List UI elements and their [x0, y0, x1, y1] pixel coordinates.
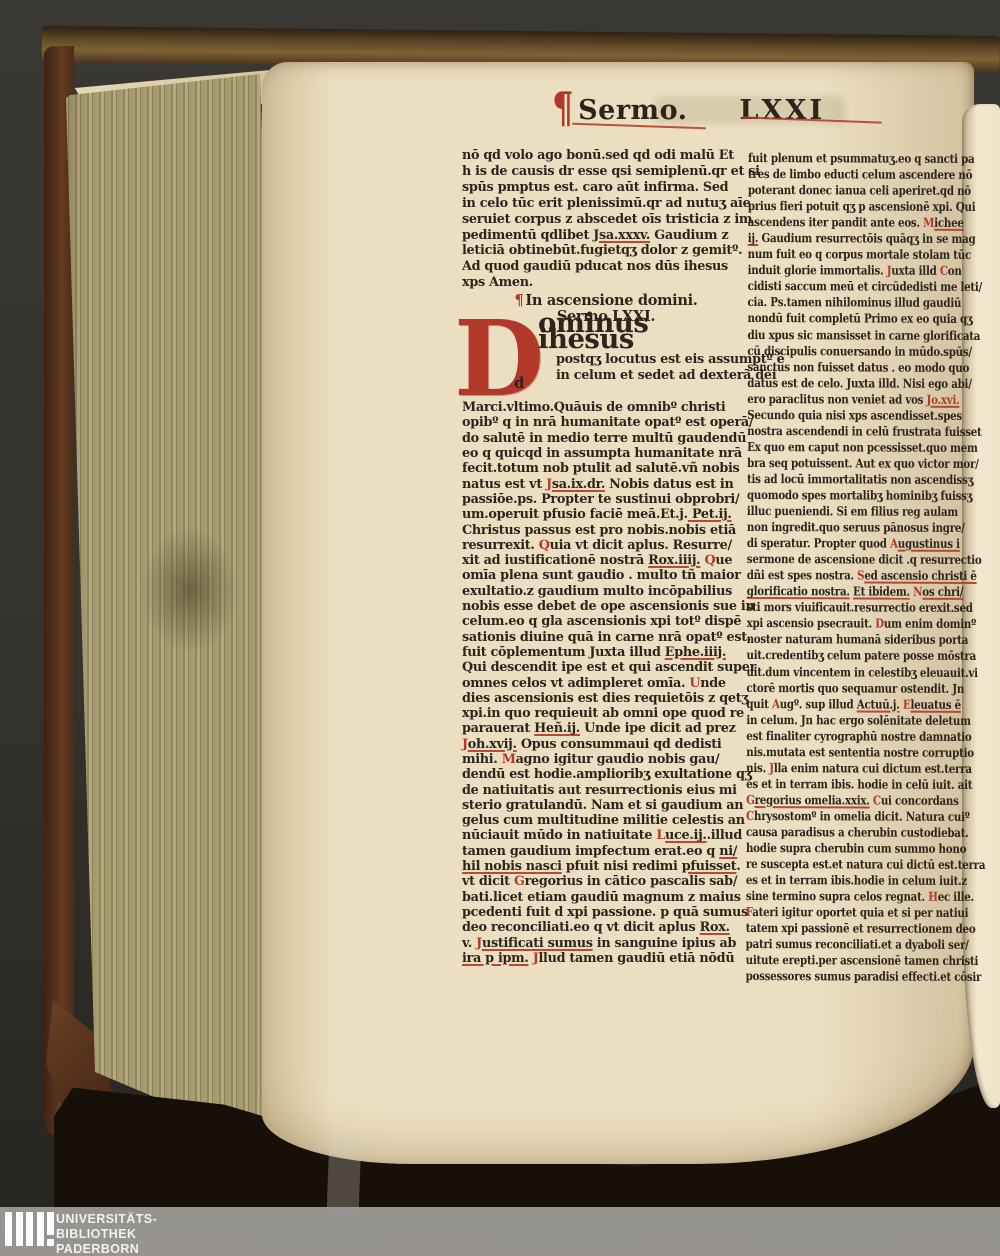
- left-text-column: nō qd volo ago bonū.sed qd odi malū Eth …: [462, 148, 750, 966]
- text-line: patri sumus reconciliati.et a dyaboli se…: [746, 936, 965, 953]
- text-line: dies ascensionis est dies requietōis z q…: [462, 691, 750, 706]
- text-line: tatem xpi passionē et resurrectionem deo: [746, 920, 965, 937]
- text-line: bati.licet etiam gaudiū magnum z maius: [462, 890, 750, 905]
- text-line: spūs pmptus est. caro aūt infirma. Sed: [462, 180, 750, 196]
- text-line: seruiet corpus z abscedet oīs tristicia …: [462, 212, 750, 228]
- page-content: ¶ Sermo. LXXI nō qd volo ago bonū.sed qd…: [0, 0, 1000, 1256]
- text-line: in celum. Jn hac ergo solēnitate deletum: [746, 712, 965, 729]
- text-line: nostra ascendendi in celū frustrata fuis…: [747, 423, 966, 440]
- text-line: diu xpus sic mansisset in carne glorific…: [747, 327, 966, 344]
- text-line: tamen gaudium impfectum erat.eo q ni/: [462, 844, 750, 859]
- text-line: resurrexit. Quia vt dicit aplus. Resurre…: [462, 538, 750, 553]
- photo-of-incunabulum: ¶ Sermo. LXXI nō qd volo ago bonū.sed qd…: [0, 0, 1000, 1256]
- text-line: xit ad iustificationē nostrā Rox.iiij. Q…: [462, 553, 750, 568]
- text-line: datus est de celo. Juxta illd. Nisi ego …: [747, 375, 966, 392]
- text-line: Ad quod gaudiū pducat nos dūs ihesus: [462, 259, 750, 275]
- text-line: Ex quo em caput non pcessisset.quo mem: [747, 439, 966, 456]
- text-line: h is de causis dr esse qsi semiplenū.qr …: [462, 164, 750, 180]
- text-line: celum.eo q gla ascensionis xpi totº disp…: [462, 614, 750, 629]
- text-line: bra seq potuissent. Aut ex quo victor mo…: [747, 455, 966, 472]
- text-line: ascendens iter pandit ante eos. Michee: [748, 214, 967, 231]
- text-line: eo q quicqd in assumpta humanitate nrā: [462, 446, 750, 461]
- running-title-word: Sermo.: [578, 95, 687, 126]
- incipit-large-text: ominus ihesus: [538, 316, 750, 348]
- paderborn-logo-bars-icon: [5, 1212, 54, 1250]
- library-name-line2: BIBLIOTHEK: [56, 1227, 157, 1242]
- text-line: hodie supra cherubin cum summo hono: [746, 840, 965, 857]
- text-line: sationis diuine quā in carne nrā opatº e…: [462, 630, 750, 645]
- text-line: fuit plenum et psummatuʒ.eo q sancti pa: [748, 150, 967, 167]
- logo-exclamation-icon: [47, 1212, 54, 1246]
- text-line: nis. Jlla enim natura cui dictum est.ter…: [746, 760, 965, 777]
- text-line: Christus passus est pro nobis.nobis etiā: [462, 523, 750, 538]
- library-name: UNIVERSITÄTS- BIBLIOTHEK PADERBORN: [56, 1212, 157, 1256]
- sermon-numeral: LXXI: [740, 95, 826, 126]
- text-line: glorificatio nostra. Et ibidem. Nos chri…: [747, 583, 966, 600]
- text-line: uitute erepti.per ascensionē tamen chris…: [746, 952, 965, 969]
- text-line: v. Justificati sumus in sanguine ipius a…: [462, 936, 750, 951]
- text-line: tis ad locū immortalitatis non ascendiss…: [747, 471, 966, 488]
- text-line: nis.mutata est sententia nostre corrupti…: [746, 744, 965, 761]
- text-line: sermone de ascensione dicit .q resurrect…: [747, 551, 966, 568]
- text-line: nō qd volo ago bonū.sed qd odi malū Et: [462, 148, 750, 164]
- running-title: ¶ Sermo. LXXI: [552, 88, 825, 128]
- text-line: omnes celos vt adimpleret omīa. Unde: [462, 676, 750, 691]
- text-line: uit.dum vincentem in celestibʒ eleuauit.…: [746, 663, 965, 680]
- logo-bar: [26, 1212, 33, 1246]
- left-column-body: Marci.vltimo.Quāuis de omnibº christiopi…: [462, 400, 750, 966]
- text-line: Secundo quia nisi xps ascendisset.spes: [747, 407, 966, 424]
- text-line: natus est vt Jsa.ix.dr. Nobis datus est …: [462, 477, 750, 492]
- text-line: non ingredit.quo seruus pānosus ingre/: [747, 519, 966, 536]
- library-name-line1: UNIVERSITÄTS-: [56, 1212, 157, 1227]
- text-line: dendū est hodie.amplioribʒ exultatione q…: [462, 767, 750, 782]
- rubric-pilcrow-icon: ¶: [552, 83, 574, 133]
- guide-letter: d: [514, 376, 524, 392]
- text-line: di speratur. Propter quod Augustinus i: [747, 535, 966, 552]
- text-line: sine termino supra celos regnat. Hec ill…: [746, 888, 965, 905]
- text-line: passiōe.ps. Propter te sustinui obprobri…: [462, 492, 750, 507]
- text-line: cū discipulis conuersando in mūdo.spūs/: [747, 343, 966, 360]
- text-line: pedimentū qdlibet Jsa.xxxv. Gaudium z: [462, 228, 750, 244]
- text-line: mihi. Magno igitur gaudio nobis gau/: [462, 752, 750, 767]
- text-line: vt dicit Gregorius in cātico pascalis sa…: [462, 874, 750, 889]
- rubricated-initial: D: [454, 322, 544, 397]
- opening-initial-block: D d ominus ihesus postqʒ locutus est eis…: [462, 326, 750, 398]
- text-line: quomodo spes mortalibʒ hominibʒ fuissʒ: [747, 487, 966, 504]
- text-line: in celum et sedet ad dexterā dei: [556, 368, 776, 384]
- text-line: in celo tūc erit plenissimū.qr ad nutuʒ …: [462, 196, 750, 212]
- text-line: num fuit eo q corpus mortale stolam tūc: [748, 246, 967, 263]
- right-text-column: fuit plenum et psummatuʒ.eo q sancti pat…: [746, 150, 967, 985]
- text-line: de natiuitatis aut resurrectionis eius m…: [462, 783, 750, 798]
- text-line: ero paraclitus non veniet ad vos Jo.xvi.: [747, 391, 966, 408]
- text-line: fuit cōplementum Juxta illud Ephe.iiij.: [462, 645, 750, 660]
- logo-bar: [37, 1212, 44, 1246]
- text-line: ira p ipm. Jllud tamen gaudiū etiā nōdū: [462, 951, 750, 966]
- text-line: omīa plena sunt gaudio . multo tñ maior: [462, 568, 750, 583]
- text-line: sanctus non fuisset datus . eo modo quo: [747, 359, 966, 376]
- text-line: tres de limbo educti celum ascendere nō: [748, 166, 967, 183]
- text-line: sti mors viuificauit.resurrectio erexit.…: [747, 599, 966, 616]
- text-line: uit.credentibʒ celum patere posse mōstra: [747, 647, 966, 664]
- text-line: es et in terram ibis. hodie in celū iuit…: [746, 776, 965, 793]
- text-line: parauerat Heñ.ij. Unde ipe dicit ad prez: [462, 721, 750, 736]
- text-line: sterio gratulandū. Nam et si gaudium an: [462, 798, 750, 813]
- text-line: ctorē mortis quo sequamur ostendit. Jn: [746, 680, 965, 697]
- text-line: Joh.xvij. Opus consummaui qd dedisti: [462, 737, 750, 752]
- text-line: Qui descendit ipe est et qui ascendit su…: [462, 660, 750, 675]
- logo-bar-short: [47, 1212, 54, 1235]
- text-line: exultatio.z gaudium multo incōpabilius: [462, 584, 750, 599]
- left-column-intro: nō qd volo ago bonū.sed qd odi malū Eth …: [462, 148, 750, 291]
- text-line: re suscepta est.et natura cui dictū est.…: [746, 856, 965, 873]
- text-line: ij. Gaudium resurrectōis quāqʒ in se mag: [748, 230, 967, 247]
- text-line: xpi ascensio psecrauit. Dum enim dominº: [747, 615, 966, 632]
- library-name-line3: PADERBORN: [56, 1242, 157, 1256]
- text-line: illuc pueniendi. Si em filius reg aulam: [747, 503, 966, 520]
- text-line: um.operuit pfusio faciē meā.Et.j. Pet.ij…: [462, 507, 750, 522]
- text-line: nūciauit mūdo in natiuitate Luce.ij..ill…: [462, 828, 750, 843]
- text-line: es et in terram ibis.hodie in celum iuit…: [746, 872, 965, 889]
- text-line: leticiā obtinebūt.fugietqʒ dolor z gemit…: [462, 243, 750, 259]
- text-line: prius fieri potuit qʒ p ascensionē xpi. …: [748, 198, 967, 215]
- logo-bar: [5, 1212, 12, 1246]
- text-line: poterant donec ianua celi aperiret.qd nō: [748, 182, 967, 199]
- text-line: Fateri igitur oportet quia et si per nat…: [746, 904, 965, 921]
- logo-dot: [47, 1239, 54, 1246]
- text-line: Gregorius omelia.xxix. Cui concordans: [746, 792, 965, 809]
- text-line: cia. Ps.tamen nihilominus illud gaudiū: [748, 294, 967, 311]
- text-line: causa paradisus a cherubin custodiebat.: [746, 824, 965, 841]
- text-line: fecit.totum nob ptulit ad salutē.vñ nobi…: [462, 461, 750, 476]
- text-line: xpi.in quo requieuit ab omni ope quod re: [462, 706, 750, 721]
- text-line: nondū fuit completū Primo ex eo quia qʒ: [747, 310, 966, 327]
- text-line: est finaliter cyrographū nostre damnatio: [746, 728, 965, 745]
- text-line: hil nobis nasci pfuit nisi redimi pfuiss…: [462, 859, 750, 874]
- text-line: gelus cum multitudine militie celestis a…: [462, 813, 750, 828]
- text-line: deo reconciliati.eo q vt dicit aplus Rox…: [462, 920, 750, 935]
- text-line: possessores sumus paradisi effecti.et cō…: [746, 968, 965, 985]
- text-line: do salutē in medio terre multū gaudendū: [462, 431, 750, 446]
- text-line: dñi est spes nostra. Sed ascensio christ…: [747, 567, 966, 584]
- text-line: xps Amen.: [462, 275, 750, 291]
- library-watermark-band: UNIVERSITÄTS- BIBLIOTHEK PADERBORN: [0, 1207, 1000, 1256]
- text-line: pcedenti fuit d xpi passione. p quā sumu…: [462, 905, 750, 920]
- text-line: noster naturam humanā sideribus porta: [747, 631, 966, 648]
- logo-bar: [16, 1212, 23, 1246]
- text-line: induit glorie immortalis. Juxta illd Con: [748, 262, 967, 279]
- text-line: Chrysostomº in omelia dicit. Natura cuiº: [746, 808, 965, 825]
- text-line: quit Augº. sup illud Actuū.j. Eleuatus ē: [746, 696, 965, 713]
- text-line: nobis esse debet de ope ascensionis sue …: [462, 599, 750, 614]
- text-line: cidisti saccum meū et circūdedisti me le…: [748, 278, 967, 295]
